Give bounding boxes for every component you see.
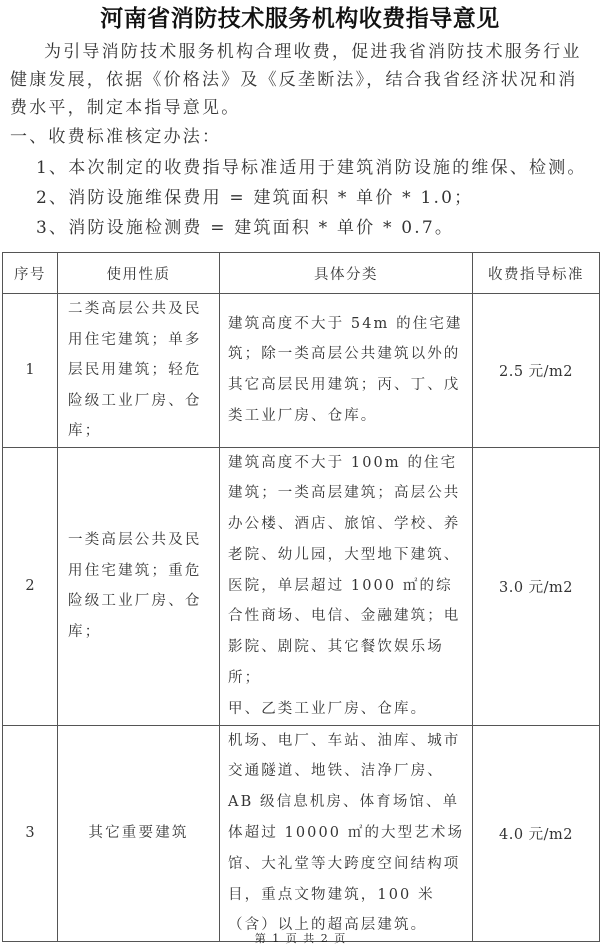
header-no: 序号 [3, 253, 58, 294]
header-usage: 使用性质 [58, 253, 220, 294]
price-cell: 2.5 元/m2 [473, 294, 600, 448]
price-cell: 3.0 元/m2 [473, 447, 600, 725]
header-detail: 具体分类 [220, 253, 473, 294]
detail-cell: 机场、电厂、车站、油库、城市交通隧道、地铁、洁净厂房、AB 级信息机房、体育场馆… [220, 725, 473, 942]
price-cell: 4.0 元/m2 [473, 725, 600, 942]
intro-paragraph: 为引导消防技术服务机构合理收费，促进我省消防技术服务行业健康发展，依据《价格法》… [10, 38, 590, 122]
header-price: 收费指导标准 [473, 253, 600, 294]
table-row: 2 一类高层公共及民用住宅建筑；重危险级工业厂房、仓库； 建筑高度不大于 100… [3, 447, 600, 725]
detail-cell: 建筑高度不大于 54m 的住宅建筑；除一类高层公共建筑以外的其它高层民用建筑；丙… [220, 294, 473, 448]
section-heading: 一、收费标准核定办法： [10, 123, 590, 151]
table-row: 1 二类高层公共及民用住宅建筑；单多层民用建筑；轻危险级工业厂房、仓库； 建筑高… [3, 294, 600, 448]
document-title: 河南省消防技术服务机构收费指导意见 [0, 4, 600, 34]
page-number: 第 1 页 共 2 页 [0, 930, 600, 946]
usage-cell: 二类高层公共及民用住宅建筑；单多层民用建筑；轻危险级工业厂房、仓库； [58, 294, 220, 448]
detail-text-extra: 甲、乙类工业厂房、仓库。 [228, 694, 468, 725]
row-number: 1 [3, 294, 58, 448]
usage-cell: 一类高层公共及民用住宅建筑；重危险级工业厂房、仓库； [58, 447, 220, 725]
table-header-row: 序号 使用性质 具体分类 收费指导标准 [3, 253, 600, 294]
row-number: 3 [3, 725, 58, 942]
list-item: 2、消防设施维保费用 = 建筑面积 * 单价 * 1.0； [36, 184, 596, 212]
usage-cell: 其它重要建筑 [58, 725, 220, 942]
detail-cell: 建筑高度不大于 100m 的住宅建筑；一类高层建筑；高层公共办公楼、酒店、旅馆、… [220, 447, 473, 725]
list-item: 3、消防设施检测费 = 建筑面积 * 单价 * 0.7。 [36, 214, 596, 242]
table-row: 3 其它重要建筑 机场、电厂、车站、油库、城市交通隧道、地铁、洁净厂房、AB 级… [3, 725, 600, 942]
row-number: 2 [3, 447, 58, 725]
fee-table: 序号 使用性质 具体分类 收费指导标准 1 二类高层公共及民用住宅建筑；单多层民… [2, 252, 600, 942]
detail-text: 建筑高度不大于 100m 的住宅建筑；一类高层建筑；高层公共办公楼、酒店、旅馆、… [228, 448, 468, 694]
list-item: 1、本次制定的收费指导标准适用于建筑消防设施的维保、检测。 [36, 154, 596, 182]
